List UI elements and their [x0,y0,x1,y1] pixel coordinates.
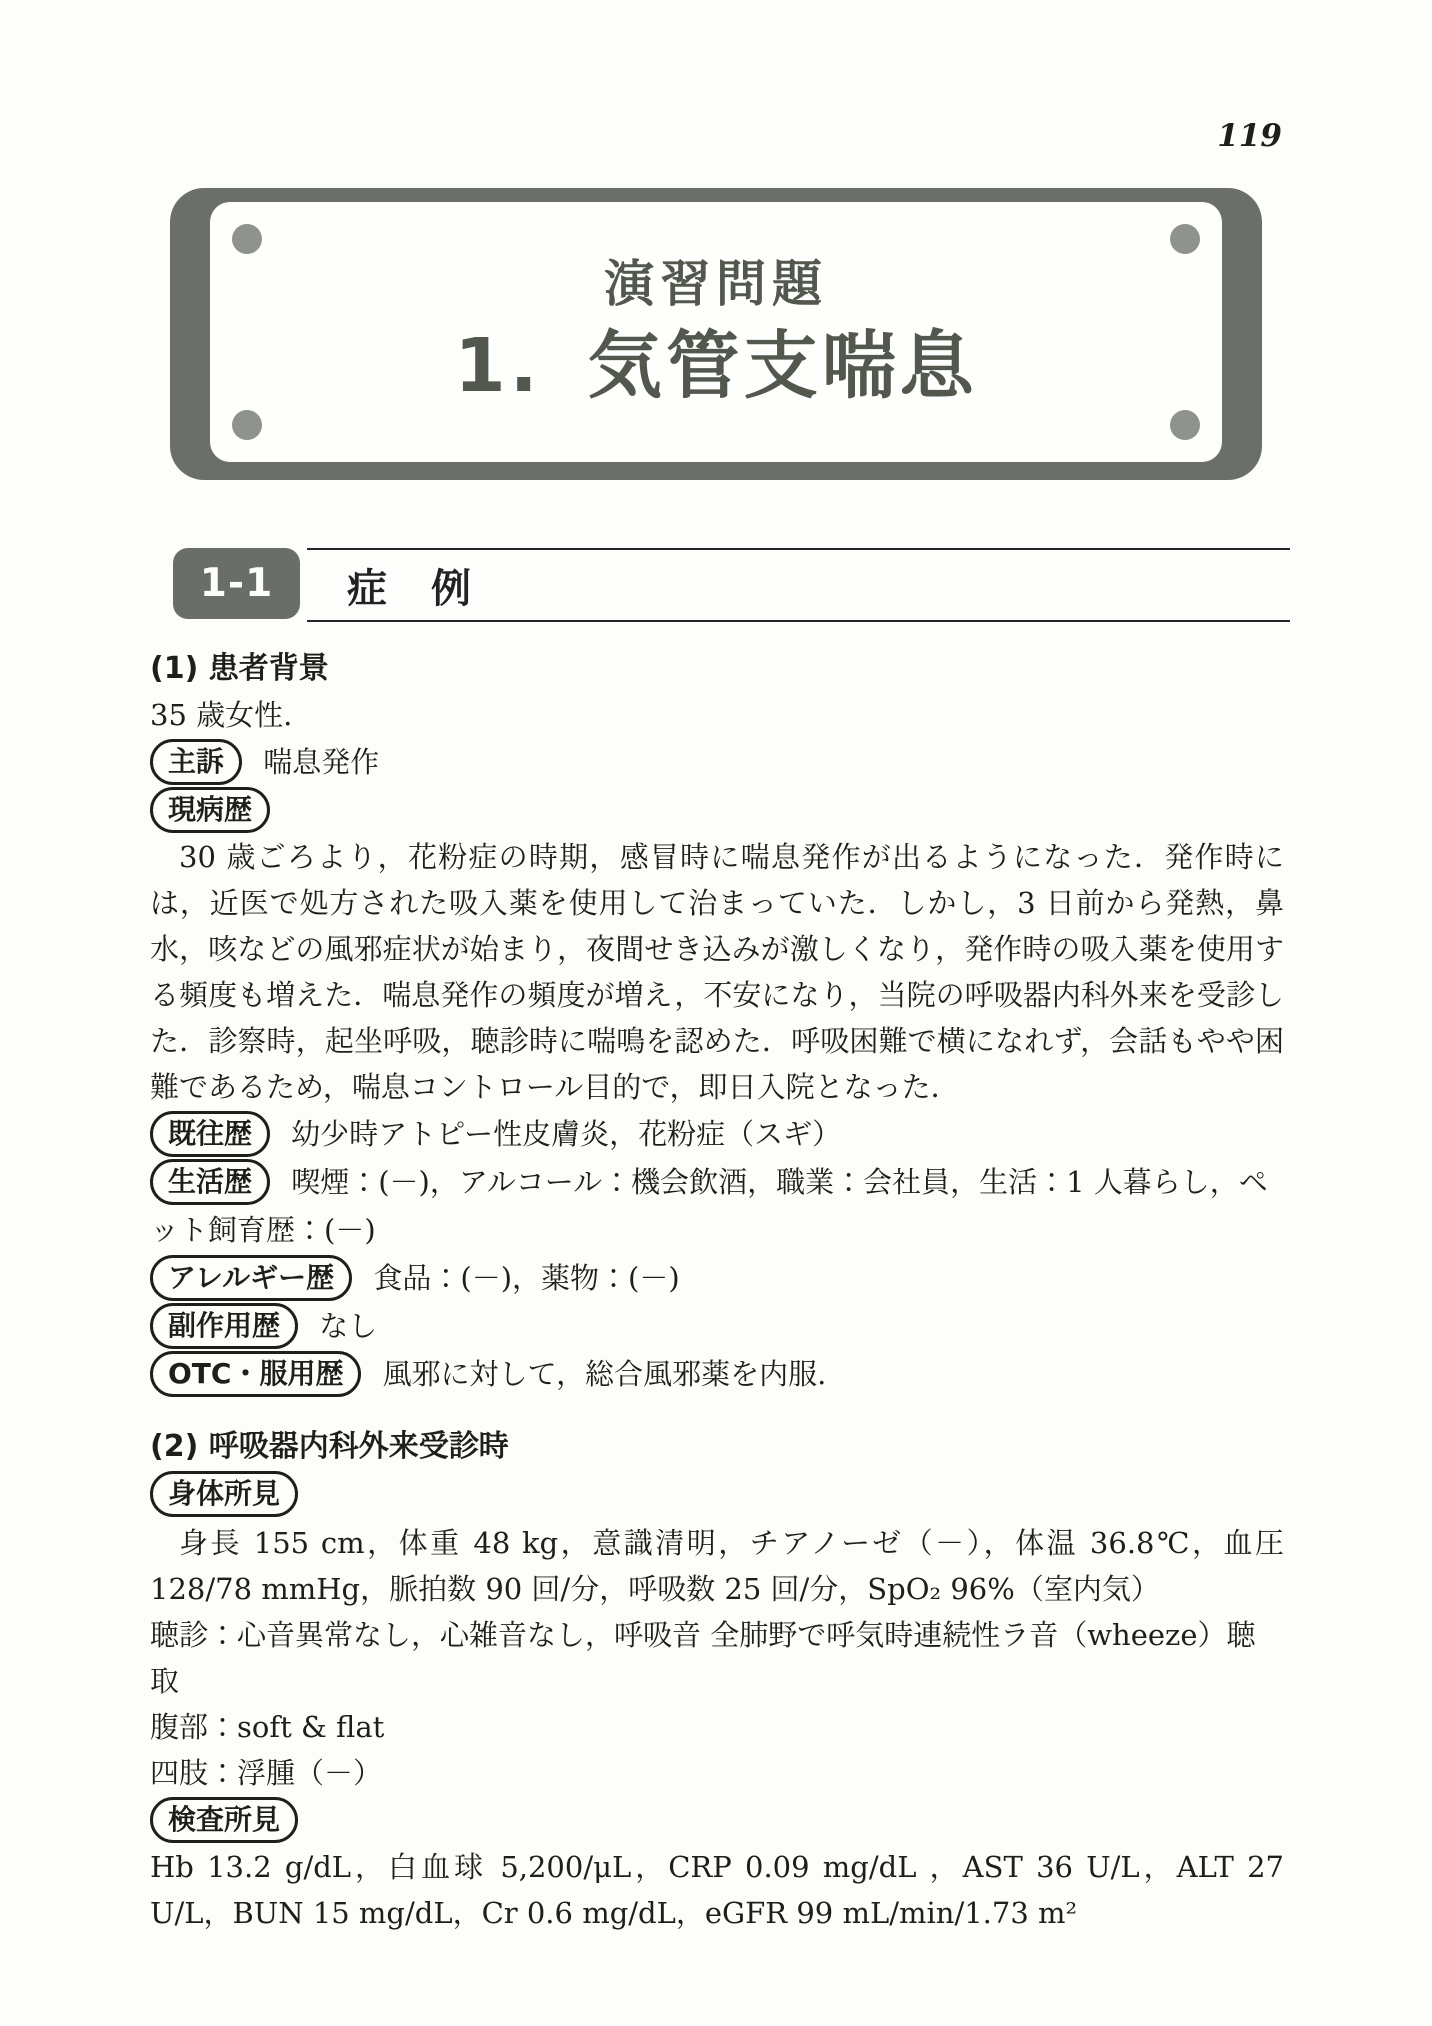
side-effect-history-row: 副作用歴 なし [150,1302,1284,1350]
side-effect-history-label: 副作用歴 [150,1303,298,1349]
present-illness-label-row: 現病歴 [150,786,1284,834]
heading-respiratory-visit: (2) 呼吸器内科外来受診時 [150,1424,1284,1470]
present-illness-paragraph: 30 歳ごろより，花粉症の時期，感冒時に喘息発作が出るようになった．発作時には，… [150,834,1284,1110]
age-sex-line: 35 歳女性. [150,692,1284,738]
social-history-label: 生活歴 [150,1159,270,1205]
exercise-subtitle: 演習問題 [604,257,828,312]
section-rules: 症 例 [307,548,1290,622]
chief-complaint-label: 主訴 [150,739,242,785]
section-number-badge: 1-1 [173,548,300,619]
chapter-number: 1. [454,326,542,407]
textbook-page: 119 演習問題 1. 気管支喘息 症 例 1-1 (1) 患者背景 35 歳女… [0,0,1432,2026]
allergy-history-row: アレルギー歴 食品：(－)，薬物：(－) [150,1254,1284,1302]
social-history-text: 喫煙：(－)，アルコール：機会飲酒，職業：会社員，生活：1 人暮らし，ペット飼育… [150,1165,1268,1247]
physical-findings-label: 身体所見 [150,1471,298,1517]
lab-findings-label: 検査所見 [150,1797,298,1843]
past-history-text: 幼少時アトピー性皮膚炎，花粉症（スギ） [291,1117,841,1151]
otc-history-row: OTC・服用歴 風邪に対して，総合風邪薬を内服. [150,1350,1284,1398]
auscultation-line: 聴診：心音異常なし，心雑音なし，呼吸音 全肺野で呼気時連続性ラ音（wheeze）… [150,1612,1284,1704]
abdomen-line: 腹部：soft & flat [150,1704,1284,1750]
lab-findings-label-row: 検査所見 [150,1796,1284,1844]
past-history-label: 既往歴 [150,1111,270,1157]
vitals-paragraph: 身長 155 cm，体重 48 kg，意識清明，チアノーゼ（－），体温 36.8… [150,1520,1284,1612]
side-effect-history-text: なし [319,1309,377,1343]
chapter-title: 1. 気管支喘息 [454,326,978,407]
chapter-title-plate: 演習問題 1. 気管支喘息 [170,188,1262,480]
present-illness-label: 現病歴 [150,787,270,833]
social-history-row: 生活歴 喫煙：(－)，アルコール：機会飲酒，職業：会社員，生活：1 人暮らし，ペ… [150,1158,1284,1254]
page-number: 119 [1217,118,1282,154]
chief-complaint-row: 主訴 喘息発作 [150,738,1284,786]
past-history-row: 既往歴 幼少時アトピー性皮膚炎，花粉症（スギ） [150,1110,1284,1158]
physical-findings-label-row: 身体所見 [150,1470,1284,1518]
lab-values-paragraph: Hb 13.2 g/dL，白血球 5,200/μL，CRP 0.09 mg/dL… [150,1844,1284,1936]
allergy-history-label: アレルギー歴 [150,1255,352,1301]
allergy-history-text: 食品：(－)，薬物：(－) [373,1261,679,1295]
otc-history-text: 風邪に対して，総合風邪薬を内服. [383,1357,827,1391]
plate-inner-panel: 演習問題 1. 気管支喘息 [210,202,1222,462]
heading-patient-background: (1) 患者背景 [150,646,1284,692]
otc-history-label: OTC・服用歴 [150,1351,361,1397]
chief-complaint-text: 喘息発作 [263,745,379,779]
case-content: (1) 患者背景 35 歳女性. 主訴 喘息発作 現病歴 30 歳ごろより，花粉… [150,646,1284,1936]
extremities-line: 四肢：浮腫（－） [150,1750,1284,1796]
plate-text: 演習問題 1. 気管支喘息 [210,202,1222,462]
chapter-name: 気管支喘息 [588,326,978,407]
section-title: 症 例 [307,557,473,614]
section-header: 症 例 1-1 [173,548,1290,622]
